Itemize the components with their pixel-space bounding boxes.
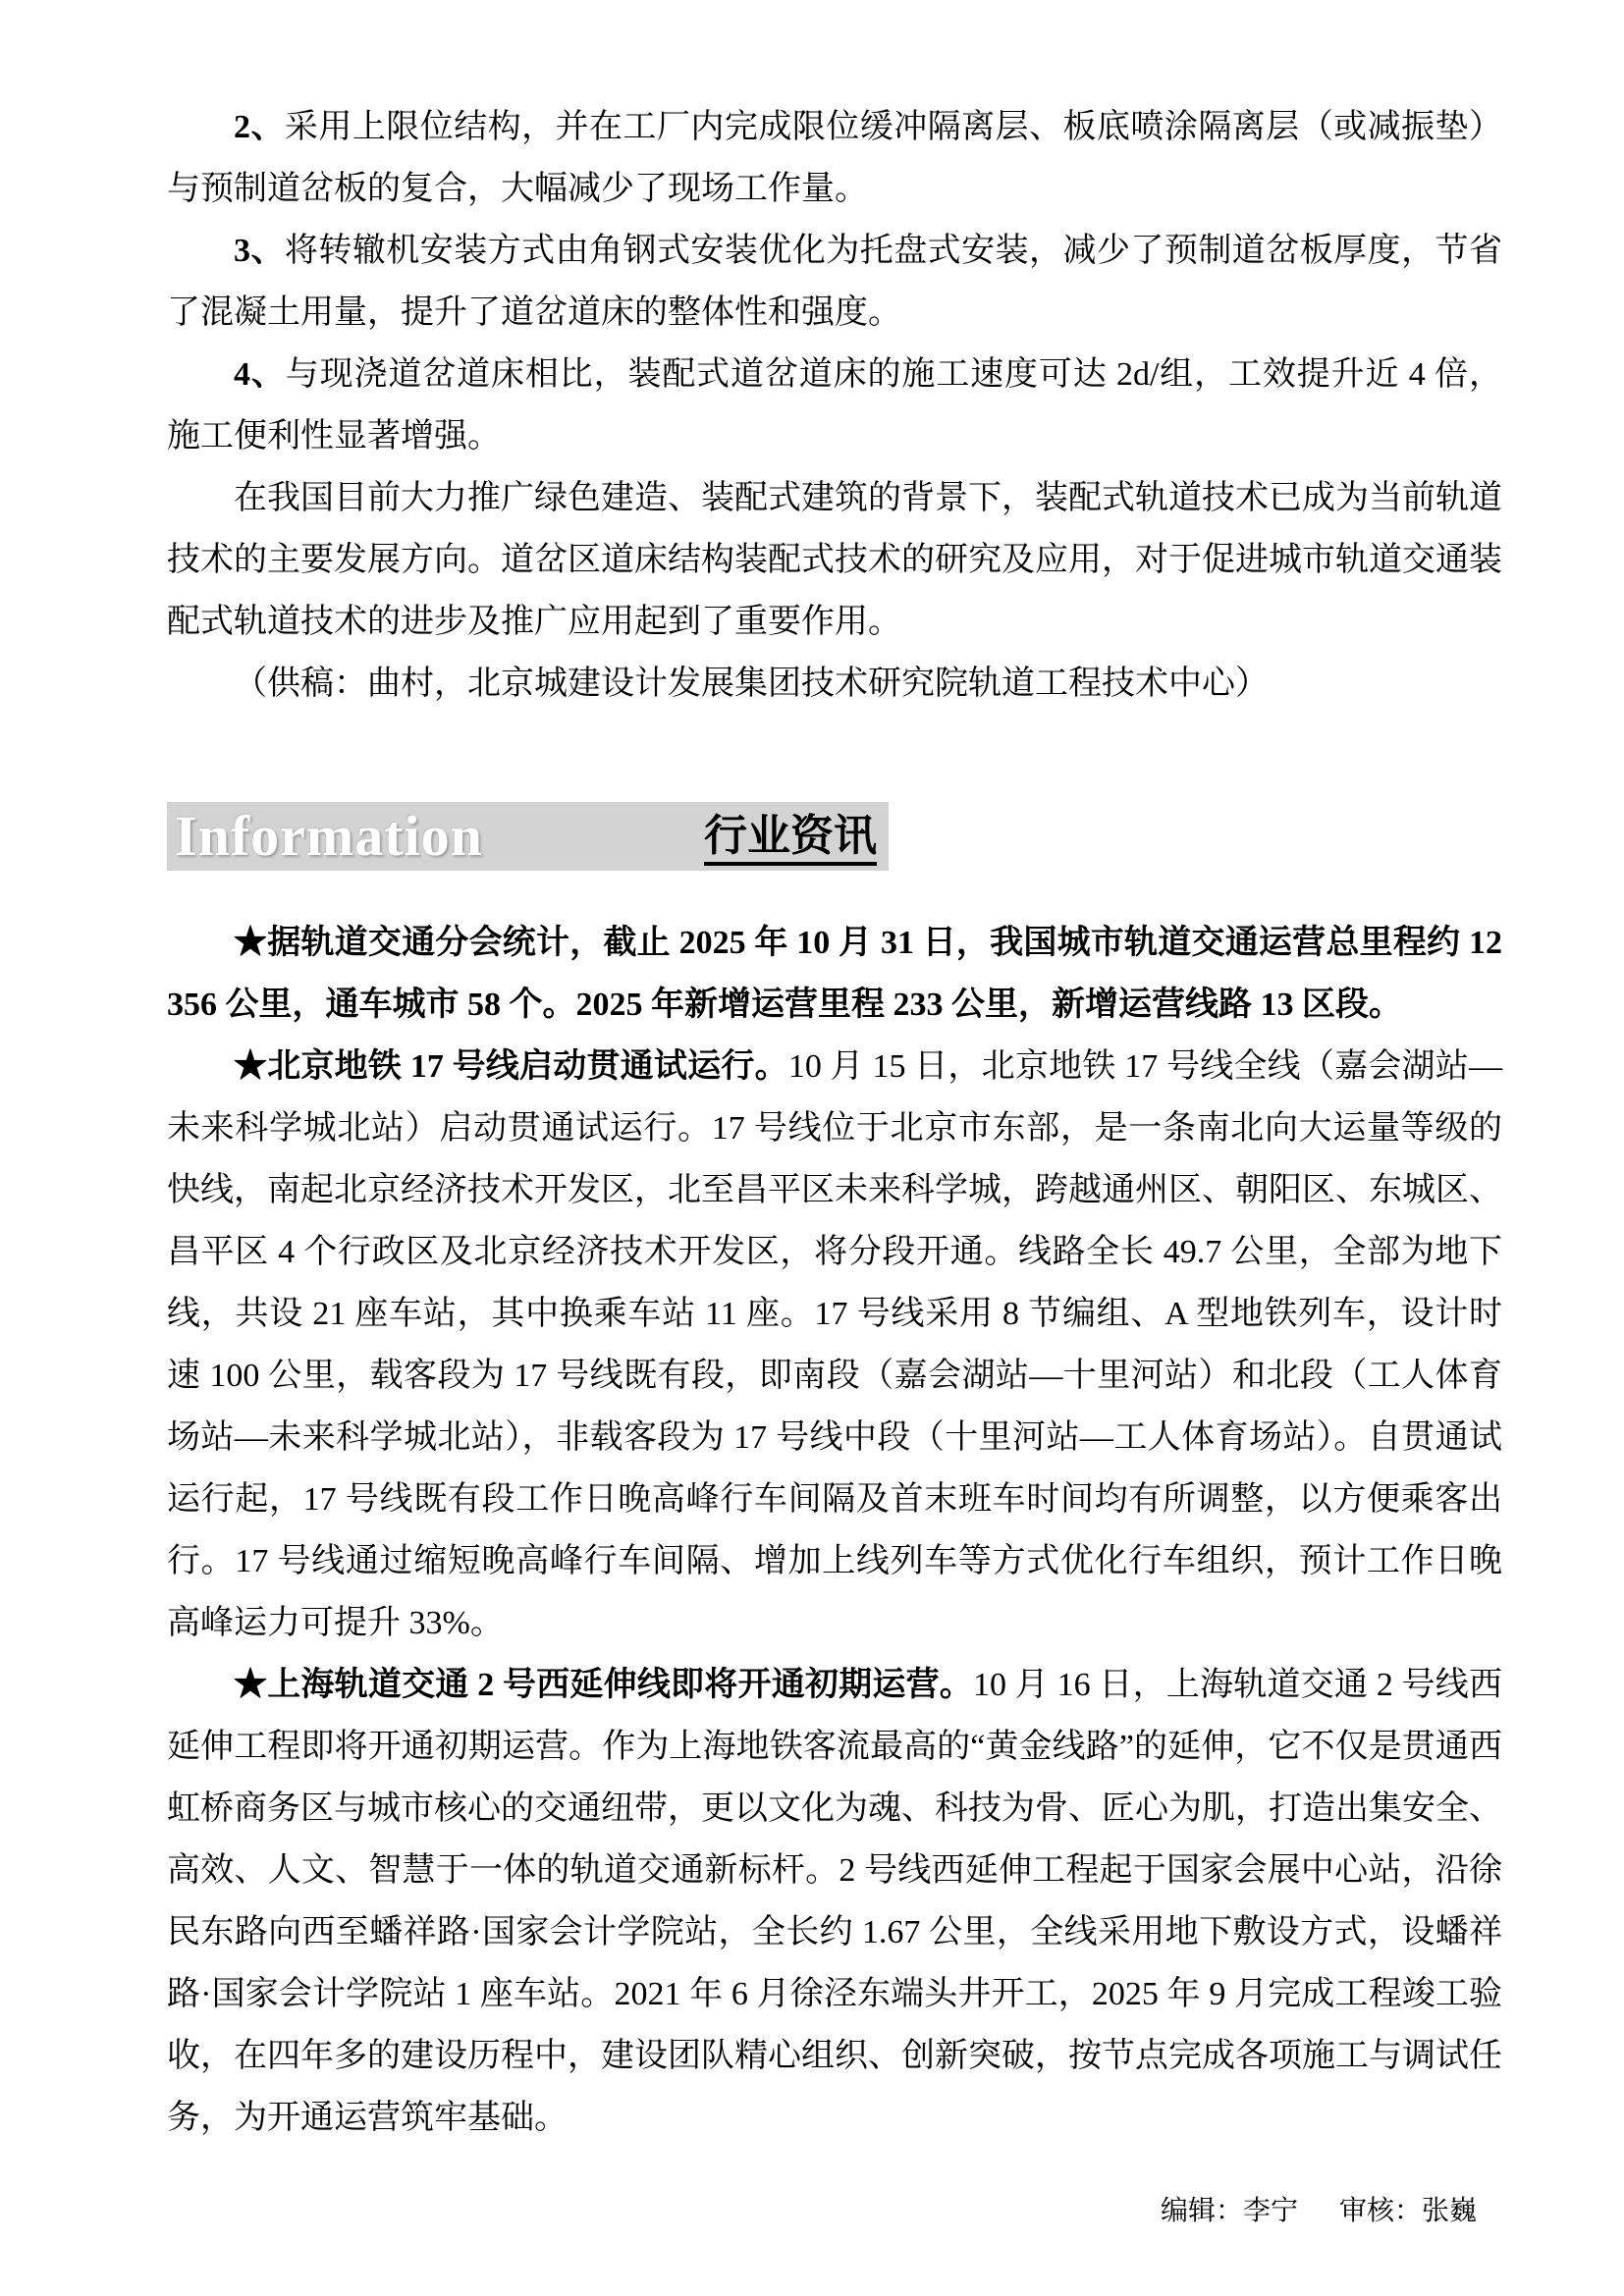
news-item-beijing-line17-body: 10 月 15 日，北京地铁 17 号线全线（嘉会湖站—未来科学城北站）启动贯通… — [167, 1048, 1502, 1641]
section-banner-chinese-title: 行业资讯 — [704, 813, 877, 866]
paragraph-item-4-number: 4、 — [234, 356, 286, 393]
section-banner-english-title: Information — [175, 802, 483, 871]
paragraph-item-2-number: 2、 — [234, 109, 285, 145]
document-page: 2、采用上限位结构，并在工厂内完成限位缓冲隔离层、板底喷涂隔离层（或减振垫）与预… — [0, 0, 1624, 2296]
paragraph-item-2-text: 采用上限位结构，并在工厂内完成限位缓冲隔离层、板底喷涂隔离层（或减振垫）与预制道… — [167, 109, 1502, 207]
news-item-beijing-line17: ★北京地铁 17 号线启动贯通试运行。10 月 15 日，北京地铁 17 号线全… — [167, 1036, 1502, 1654]
section-banner: Information 行业资讯 — [167, 802, 889, 871]
paragraph-item-3-text: 将转辙机安装方式由角钢式安装优化为托盘式安装，减少了预制道岔板厚度，节省了混凝土… — [167, 233, 1502, 331]
news-item-shanghai-line2: ★上海轨道交通 2 号西延伸线即将开通初期运营。10 月 16 日，上海轨道交通… — [167, 1654, 1502, 2149]
news-item-statistics-text: ★据轨道交通分会统计，截止 2025 年 10 月 31 日，我国城市轨道交通运… — [167, 925, 1502, 1023]
paragraph-summary-text: 在我国目前大力推广绿色建造、装配式建筑的背景下，装配式轨道技术已成为当前轨道技术… — [167, 480, 1502, 640]
paragraph-item-3: 3、将转辙机安装方式由角钢式安装优化为托盘式安装，减少了预制道岔板厚度，节省了混… — [167, 220, 1502, 344]
footer-editor: 编辑：李宁 — [1161, 2196, 1298, 2226]
news-item-shanghai-line2-body: 10 月 16 日，上海轨道交通 2 号线西延伸工程即将开通初期运营。作为上海地… — [167, 1667, 1502, 2136]
paragraph-item-2: 2、采用上限位结构，并在工厂内完成限位缓冲隔离层、板底喷涂隔离层（或减振垫）与预… — [167, 96, 1502, 220]
document-content: 2、采用上限位结构，并在工厂内完成限位缓冲隔离层、板底喷涂隔离层（或减振垫）与预… — [0, 0, 1624, 2231]
paragraph-summary: 在我国目前大力推广绿色建造、装配式建筑的背景下，装配式轨道技术已成为当前轨道技术… — [167, 467, 1502, 653]
paragraph-item-3-number: 3、 — [234, 233, 285, 269]
news-item-beijing-line17-headline: ★北京地铁 17 号线启动贯通试运行。 — [234, 1048, 788, 1085]
footer-credits: 编辑：李宁审核：张巍 — [167, 2192, 1502, 2231]
news-item-statistics: ★据轨道交通分会统计，截止 2025 年 10 月 31 日，我国城市轨道交通运… — [167, 912, 1502, 1036]
paragraph-byline: （供稿：曲村，北京城建设计发展集团技术研究院轨道工程技术中心） — [167, 653, 1502, 715]
paragraph-item-4-text: 与现浇道岔道床相比，装配式道岔道床的施工速度可达 2d/组，工效提升近 4 倍，… — [167, 356, 1502, 454]
paragraph-item-4: 4、与现浇道岔道床相比，装配式道岔道床的施工速度可达 2d/组，工效提升近 4 … — [167, 344, 1502, 467]
paragraph-byline-text: （供稿：曲村，北京城建设计发展集团技术研究院轨道工程技术中心） — [234, 666, 1269, 702]
footer-reviewer: 审核：张巍 — [1339, 2196, 1477, 2226]
news-item-shanghai-line2-headline: ★上海轨道交通 2 号西延伸线即将开通初期运营。 — [234, 1667, 973, 1703]
